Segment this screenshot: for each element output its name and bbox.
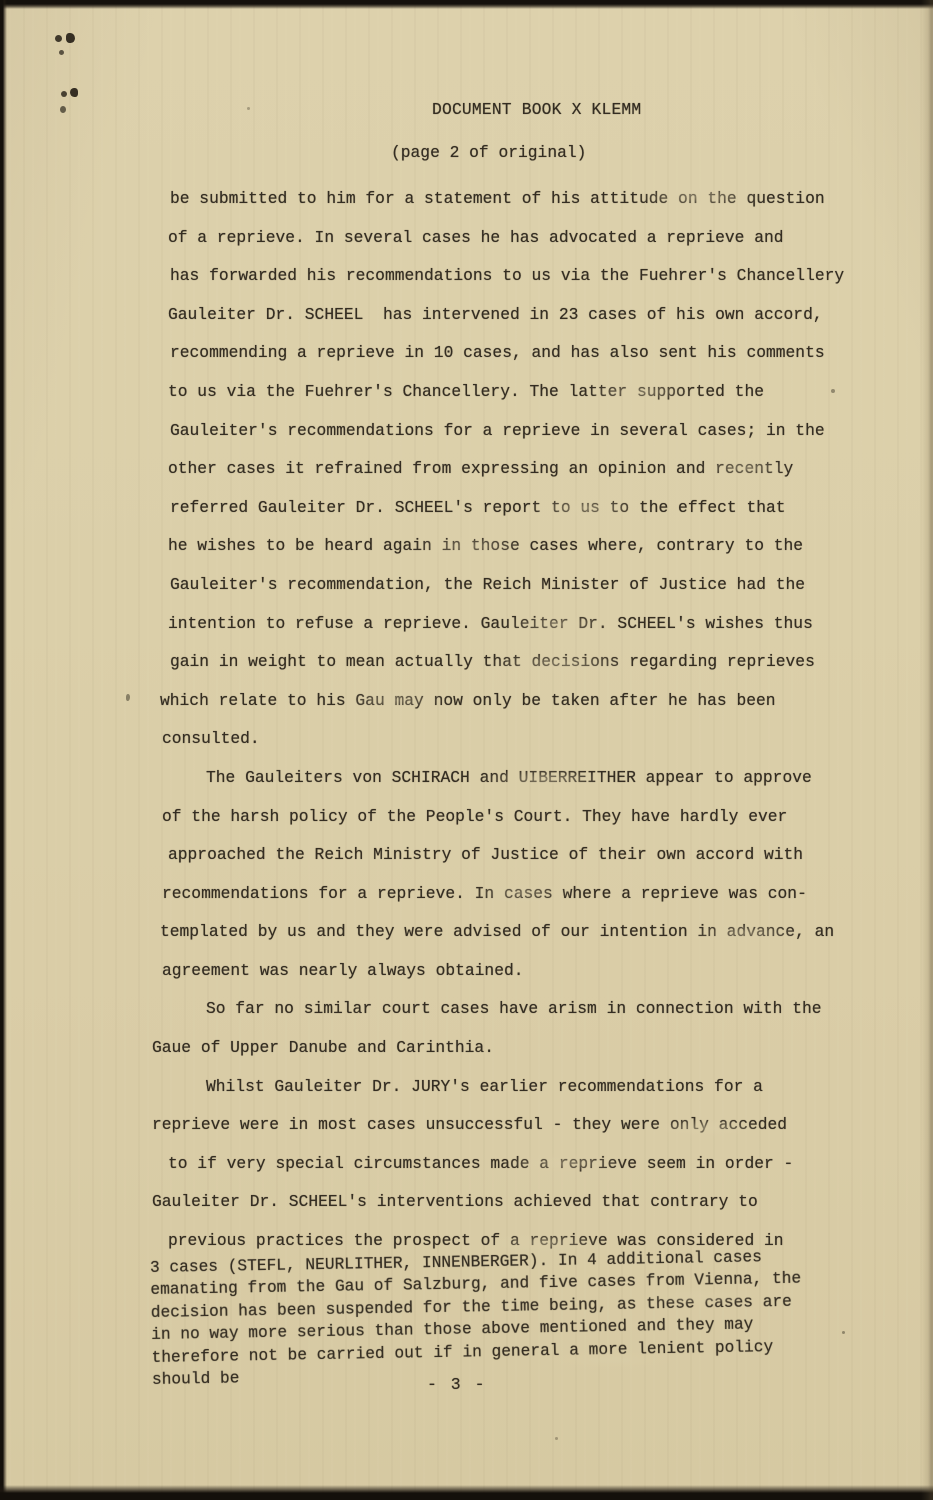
document-line: reprieve were in most cases unsuccessful… [152,1106,900,1145]
document-line: he wishes to be heard again in those cas… [168,527,900,566]
ink-speck [70,88,78,97]
ink-speck [842,1331,845,1334]
document-line: approached the Reich Ministry of Justice… [168,836,900,875]
document-line: has forwarded his recommendations to us … [170,257,900,296]
document-line: Gauleiter Dr. SCHEEL's interventions ach… [152,1183,900,1222]
ink-speck [60,106,66,113]
document-line: The Gauleiters von SCHIRACH and UIBERREI… [168,759,900,798]
ink-speck [55,35,62,42]
document-line: Gaue of Upper Danube and Carinthia. [152,1029,900,1068]
document-line: to us via the Fuehrer's Chancellery. The… [168,373,900,412]
document-line: intention to refuse a reprieve. Gauleite… [168,605,900,644]
ink-speck [61,91,67,97]
ink-speck [247,107,250,110]
document-line: referred Gauleiter Dr. SCHEEL's report t… [170,489,900,528]
document-line: So far no similar court cases have arism… [168,990,900,1029]
page-number: - 3 - [427,1375,487,1394]
document-subtitle: (page 2 of original) [391,143,586,162]
scan-edge-bottom [0,1485,933,1500]
document-line: to if very special circumstances made a … [168,1145,900,1184]
scan-edge-right [921,0,933,1500]
document-line: agreement was nearly always obtained. [162,952,900,991]
ink-speck [831,389,835,393]
document-line: gain in weight to mean actually that dec… [170,643,900,682]
scan-edge-top [0,0,933,9]
ink-speck [555,1437,558,1440]
document-body: be submitted to him for a statement of h… [170,180,900,1261]
document-line: be submitted to him for a statement of h… [170,180,900,219]
scanned-document-page: DOCUMENT BOOK X KLEMM (page 2 of origina… [0,0,933,1500]
document-line: of a reprieve. In several cases he has a… [168,219,900,258]
document-line: of the harsh policy of the People's Cour… [162,798,900,837]
document-line: templated by us and they were advised of… [160,913,900,952]
ink-speck [59,50,64,55]
document-line: consulted. [162,720,900,759]
document-line: other cases it refrained from expressing… [168,450,900,489]
document-line: Whilst Gauleiter Dr. JURY's earlier reco… [168,1068,900,1107]
document-line: Gauleiter Dr. SCHEEL has intervened in 2… [168,296,900,335]
document-line: Gauleiter's recommendations for a reprie… [170,412,900,451]
document-footnote: 3 cases (STEFL, NEURLITHER, INNENBERGER)… [150,1245,852,1392]
document-line: Gauleiter's recommendation, the Reich Mi… [170,566,900,605]
document-line: which relate to his Gau may now only be … [160,682,900,721]
document-line: recommendations for a reprieve. In cases… [162,875,900,914]
ink-speck [126,694,130,701]
ink-speck [66,33,75,43]
scan-edge-left [0,0,7,1500]
document-line: recommending a reprieve in 10 cases, and… [170,334,900,373]
document-title: DOCUMENT BOOK X KLEMM [432,100,641,119]
